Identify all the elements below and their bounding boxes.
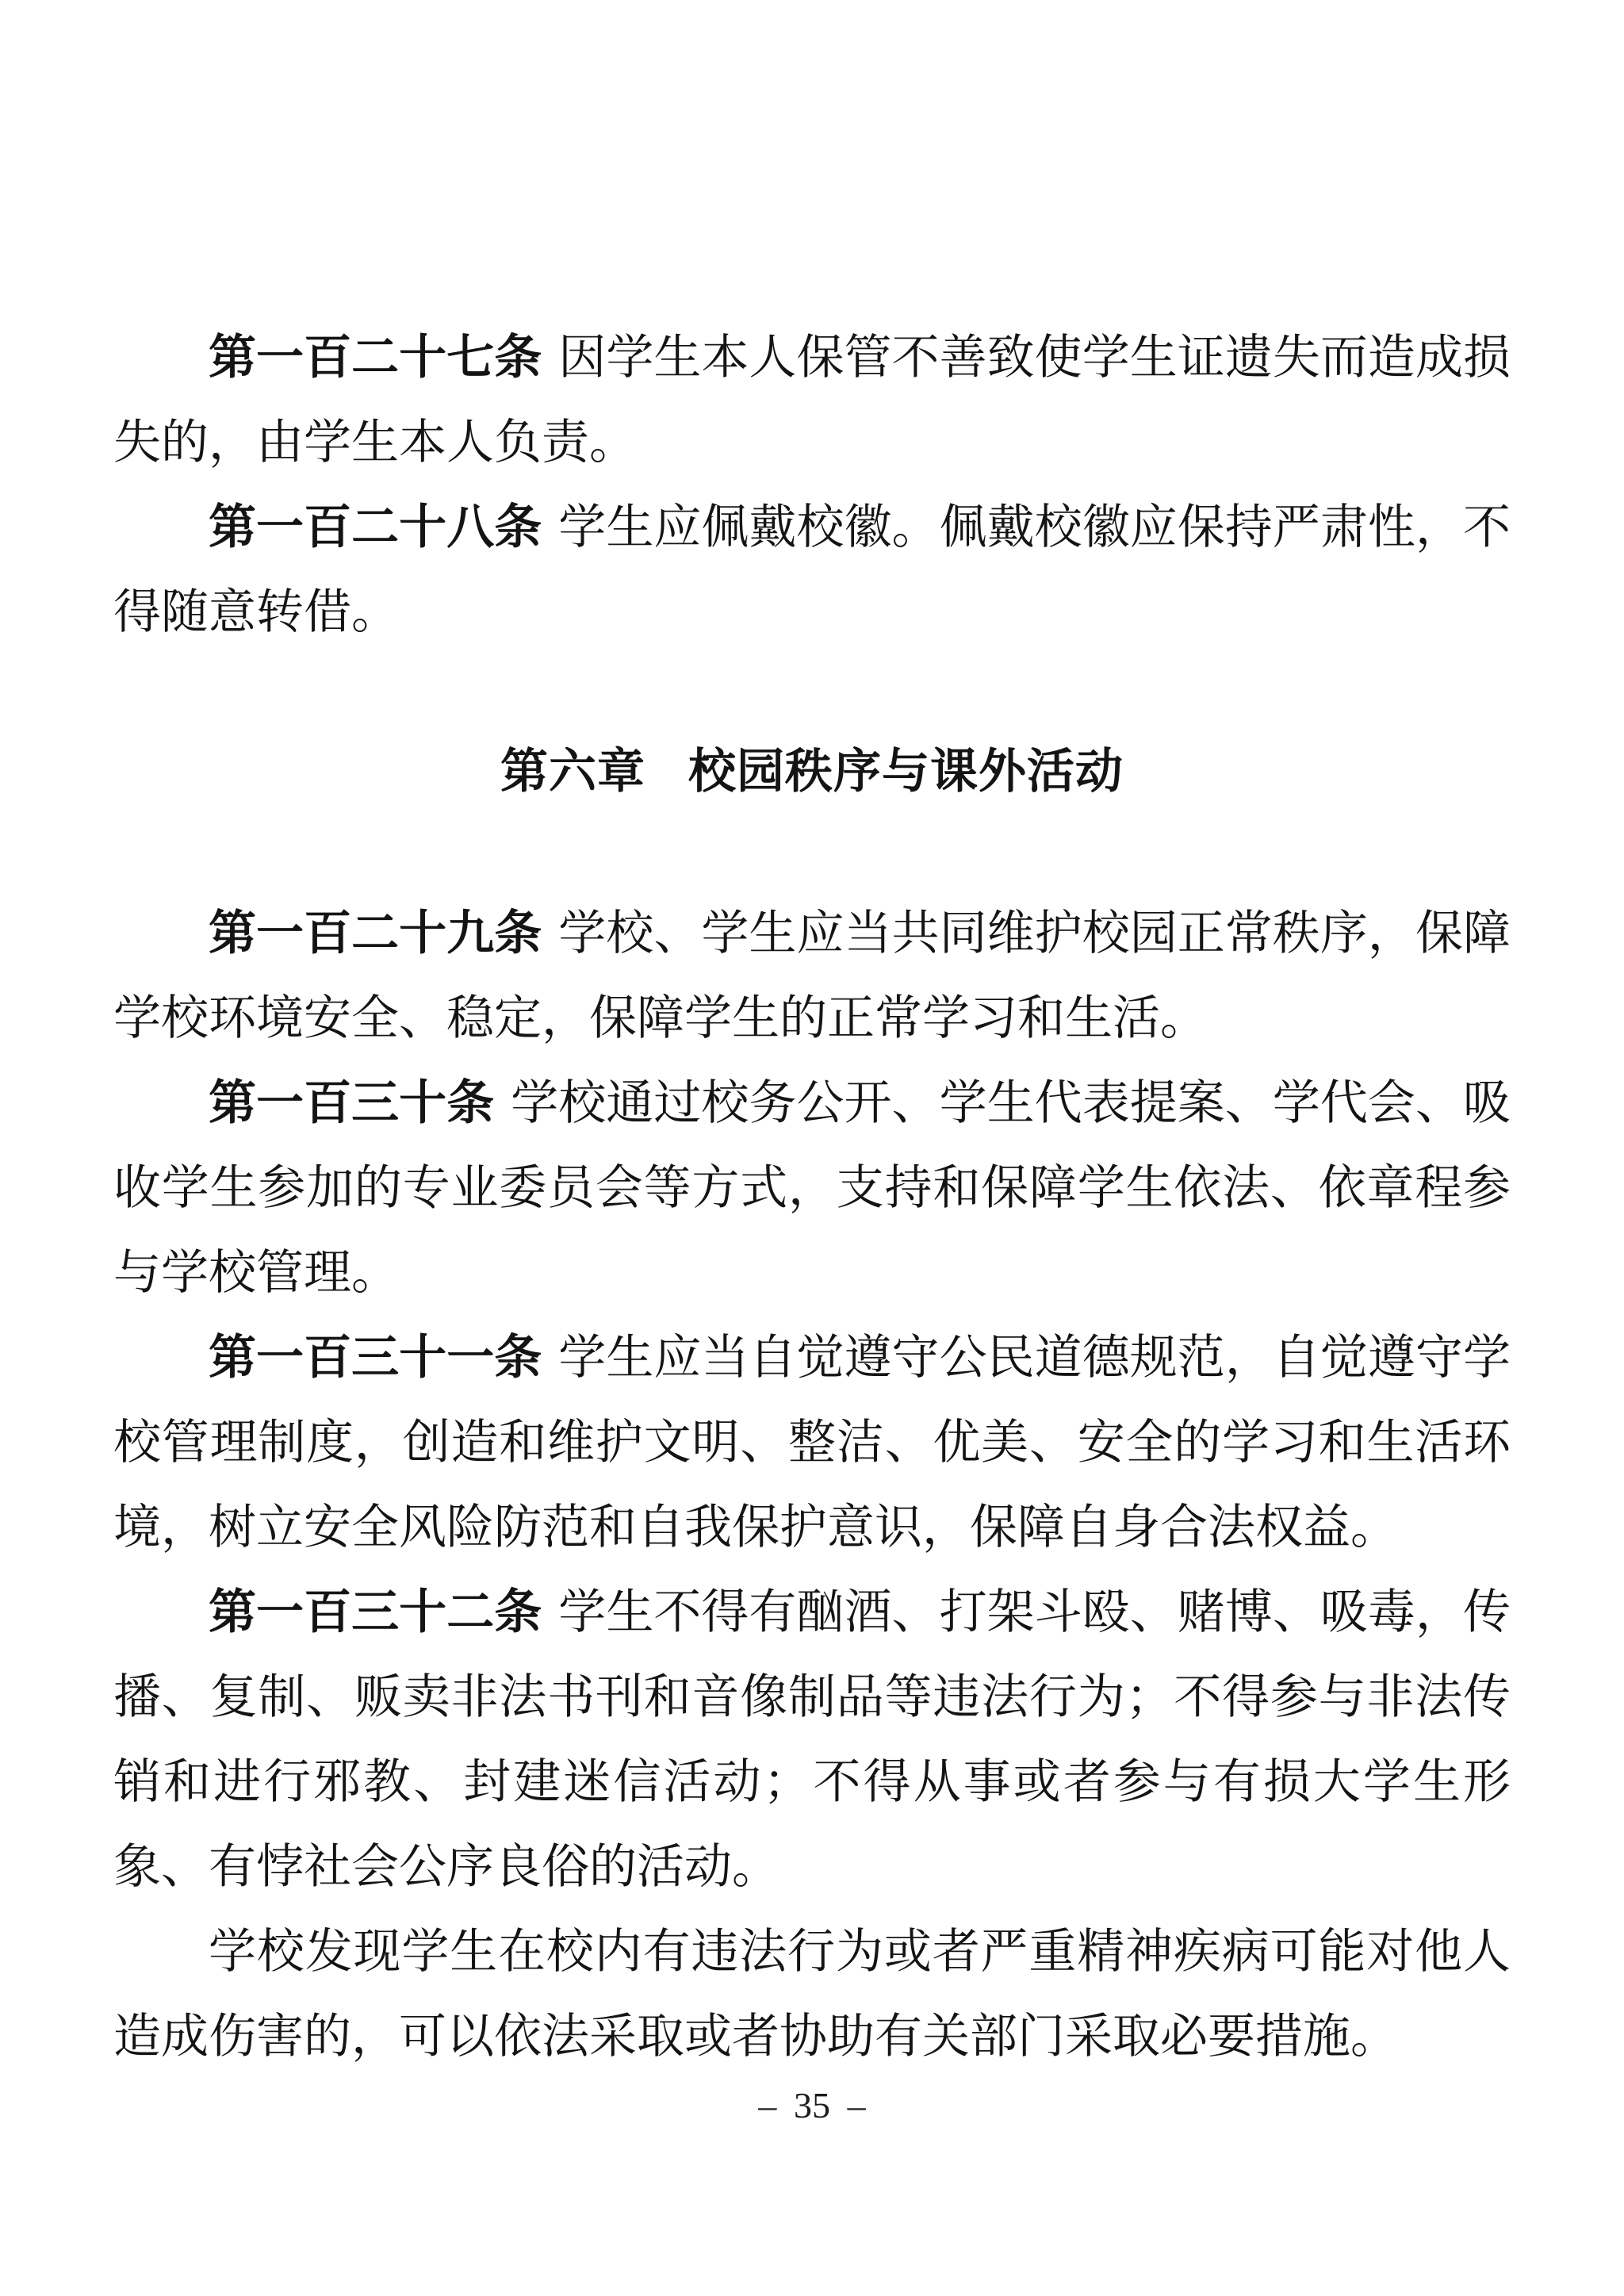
article-number-label: 第一百二十九条 (209, 907, 542, 960)
article-number-label: 第一百二十七条 (209, 332, 542, 384)
chapter-title: 校园秩序与课外活动 (688, 745, 1124, 798)
chapter-heading: 第六章校园秩序与课外活动 (113, 729, 1511, 814)
article-paragraph: 第一百三十一条学生应当自觉遵守公民道德规范，自觉遵守学校管理制度，创造和维护文明… (113, 1316, 1511, 1570)
document-body: 第一百二十七条因学生本人保管不善致使学生证遗失而造成损失的，由学生本人负责。第一… (113, 316, 1511, 2079)
paragraph-text: 学校发现学生在校内有违法行为或者严重精神疾病可能对他人造成伤害的，可以依法采取或… (113, 1926, 1511, 2063)
article-paragraph: 第一百二十七条因学生本人保管不善致使学生证遗失而造成损失的，由学生本人负责。 (113, 316, 1511, 485)
document-page: 第一百二十七条因学生本人保管不善致使学生证遗失而造成损失的，由学生本人负责。第一… (0, 0, 1624, 2296)
article-number-label: 第一百三十条 (209, 1077, 494, 1129)
article-paragraph: 第一百三十条学校通过校务公开、学生代表提案、学代会、吸收学生参加的专业委员会等方… (113, 1061, 1511, 1316)
page-number: – 35 – (0, 2084, 1624, 2126)
body-paragraph: 学校发现学生在校内有违法行为或者严重精神疾病可能对他人造成伤害的，可以依法采取或… (113, 1910, 1511, 2079)
article-paragraph: 第一百三十二条学生不得有酗酒、打架斗殴、赌博、吸毒，传播、复制、贩卖非法书刊和音… (113, 1570, 1511, 1910)
article-number-label: 第一百二十八条 (209, 501, 542, 554)
article-number-label: 第一百三十一条 (209, 1332, 542, 1384)
article-paragraph: 第一百二十八条学生应佩戴校徽。佩戴校徽应保持严肃性，不得随意转借。 (113, 485, 1511, 655)
chapter-number: 第六章 (500, 745, 645, 798)
article-number-label: 第一百三十二条 (209, 1586, 542, 1639)
article-paragraph: 第一百二十九条学校、学生应当共同维护校园正常秩序，保障学校环境安全、稳定，保障学… (113, 891, 1511, 1061)
